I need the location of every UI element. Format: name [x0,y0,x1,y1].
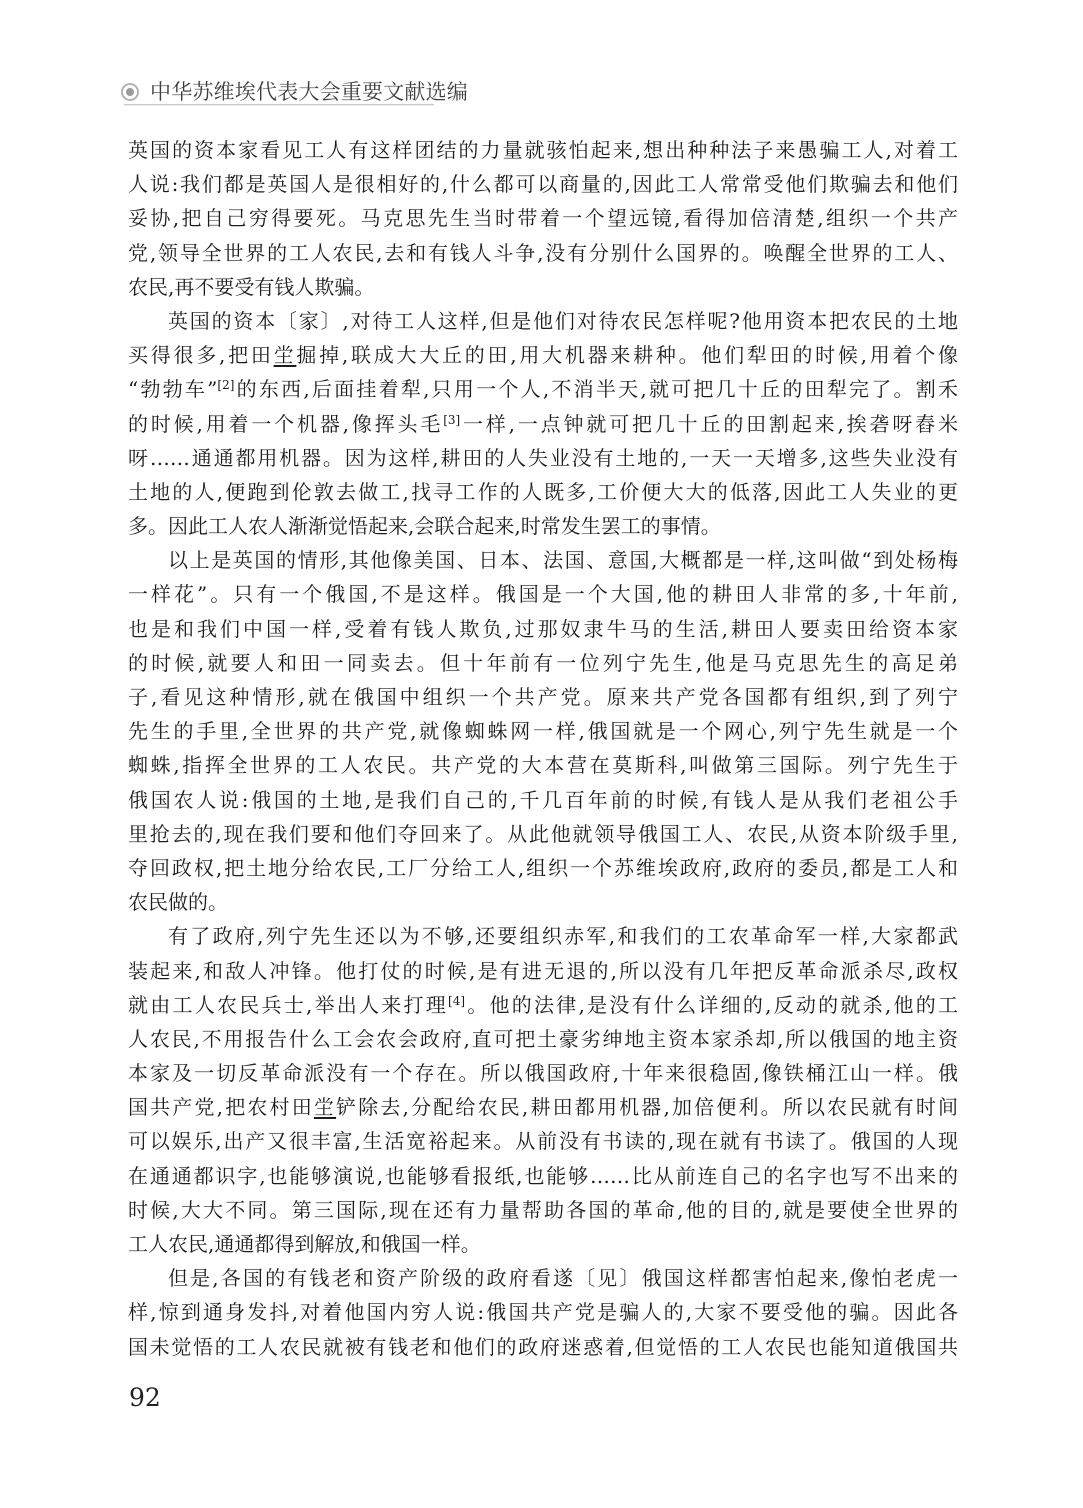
text-line: 的时候,用着一个机器,像挥头毛[3]一样,一点钟就可把几十丘的田割起来,挨砻呀舂… [128,407,958,441]
text-line: 英国的资本〔家〕,对待工人这样,但是他们对待农民怎样呢?他用资本把农民的土地 [128,304,958,338]
text-line: 妥协,把自己穷得要死。马克思先生当时带着一个望远镜,看得加倍清楚,组织一个共产 [128,201,958,235]
document-body: 英国的资本家看见工人有这样团结的力量就骇怕起来,想出种种法子来愚骗工人,对着工人… [128,133,958,1364]
page-number: 92 [129,1383,161,1412]
paragraph: 但是,各国的有钱老和资产阶级的政府看遂〔见〕俄国这样都害怕起来,像怕老虎一样,惊… [128,1261,958,1364]
paragraph: 以上是英国的情形,其他像美国、日本、法国、意国,大概都是一样,这叫做“到处杨梅一… [128,543,958,919]
text-line: 蜘蛛,指挥全世界的工人农民。共产党的大本营在莫斯科,叫做第三国际。列宁先生于 [128,748,958,782]
bullet-circle-icon [121,83,139,101]
text-line: 党,领导全世界的工人农民,去和有钱人斗争,没有分别什么国界的。唤醒全世界的工人、 [128,236,958,270]
text-line: 先生的手里,全世界的共产党,就像蜘蛛网一样,俄国就是一个网心,列宁先生就是一个 [128,714,958,748]
text-line: “勃勃车”[2]的东西,后面挂着犁,只用一个人,不消半天,就可把几十丘的田犁完了… [128,372,958,406]
text-line: 可以娱乐,出产又很丰富,生活宽裕起来。从前没有书读的,现在就有书读了。俄国的人现 [128,1124,958,1158]
text-line: 以上是英国的情形,其他像美国、日本、法国、意国,大概都是一样,这叫做“到处杨梅 [128,543,958,577]
text-line: 农民做的。 [128,885,958,919]
paragraph: 英国的资本家看见工人有这样团结的力量就骇怕起来,想出种种法子来愚骗工人,对着工人… [128,133,958,304]
text-line: 装起来,和敌人冲锋。他打仗的时候,是有进无退的,所以没有几年把反革命派杀尽,政权 [128,954,958,988]
text-line: 有了政府,列宁先生还以为不够,还要组织赤军,和我们的工农革命军一样,大家都武 [128,919,958,953]
text-line: 就由工人农民兵士,举出人来打理[4]。他的法律,是没有什么详细的,反动的就杀,他… [128,988,958,1022]
text-line: 里抢去的,现在我们要和他们夺回来了。从此他就领导俄国工人、农民,从资本阶级手里, [128,817,958,851]
text-line: 一样花”。只有一个俄国,不是这样。俄国是一个大国,他的耕田人非常的多,十年前, [128,577,958,611]
paragraph: 有了政府,列宁先生还以为不够,还要组织赤军,和我们的工农革命军一样,大家都武装起… [128,919,958,1261]
header-rule [124,104,434,105]
text-line: 国共产党,把农村田坣铲除去,分配给农民,耕田都用机器,加倍便利。所以农民就有时间 [128,1090,958,1124]
text-line: 农民,再不要受有钱人欺骗。 [128,270,958,304]
bullet-dot-icon [126,88,134,96]
text-line: 工人农民,通通都得到解放,和俄国一样。 [128,1227,958,1261]
text-line: 土地的人,便跑到伦敦去做工,找寻工作的人既多,工价便大大的低落,因此工人失业的更 [128,475,958,509]
text-line: 夺回政权,把土地分给农民,工厂分给工人,组织一个苏维埃政府,政府的委员,都是工人… [128,851,958,885]
text-line: 在通通都识字,也能够演说,也能够看报纸,也能够……比从前连自己的名字也写不出来的 [128,1159,958,1193]
text-line: 俄国农人说:俄国的土地,是我们自己的,千几百年前的时候,有钱人是从我们老祖公手 [128,783,958,817]
text-line: 样,惊到通身发抖,对着他国内穷人说:俄国共产党是骗人的,大家不要受他的骗。因此各 [128,1295,958,1329]
text-line: 但是,各国的有钱老和资产阶级的政府看遂〔见〕俄国这样都害怕起来,像怕老虎一 [128,1261,958,1295]
page-header: 中华苏维埃代表大会重要文献选编 [0,0,1083,120]
text-line: 呀……通通都用机器。因为这样,耕田的人失业没有土地的,一天一天增多,这些失业没有 [128,441,958,475]
text-line: 子,看见这种情形,就在俄国中组织一个共产党。原来共产党各国都有组织,到了列宁 [128,680,958,714]
book-page: 中华苏维埃代表大会重要文献选编 英国的资本家看见工人有这样团结的力量就骇怕起来,… [0,0,1083,1508]
text-line: 的时候,就要人和田一同卖去。但十年前有一位列宁先生,他是马克思先生的高足弟 [128,646,958,680]
paragraph: 英国的资本〔家〕,对待工人这样,但是他们对待农民怎样呢?他用资本把农民的土地买得… [128,304,958,543]
text-line: 人农民,不用报告什么工会农会政府,直可把土豪劣绅地主资本家杀却,所以俄国的地主资 [128,1022,958,1056]
book-title: 中华苏维埃代表大会重要文献选编 [150,76,468,106]
text-line: 时候,大大不同。第三国际,现在还有力量帮助各国的革命,他的目的,就是要使全世界的 [128,1193,958,1227]
text-line: 英国的资本家看见工人有这样团结的力量就骇怕起来,想出种种法子来愚骗工人,对着工 [128,133,958,167]
text-line: 国未觉悟的工人农民就被有钱老和他们的政府迷惑着,但觉悟的工人农民也能知道俄国共 [128,1330,958,1364]
text-line: 也是和我们中国一样,受着有钱人欺负,过那奴隶牛马的生活,耕田人要卖田给资本家 [128,612,958,646]
text-line: 人说:我们都是英国人是很相好的,什么都可以商量的,因此工人常常受他们欺骗去和他们 [128,167,958,201]
text-line: 本家及一切反革命派没有一个存在。所以俄国政府,十年来很稳固,像铁桶江山一样。俄 [128,1056,958,1090]
text-line: 买得很多,把田坣掘掉,联成大大丘的田,用大机器来耕种。他们犁田的时候,用着个像 [128,338,958,372]
text-line: 多。因此工人农人渐渐觉悟起来,会联合起来,时常发生罢工的事情。 [128,509,958,543]
